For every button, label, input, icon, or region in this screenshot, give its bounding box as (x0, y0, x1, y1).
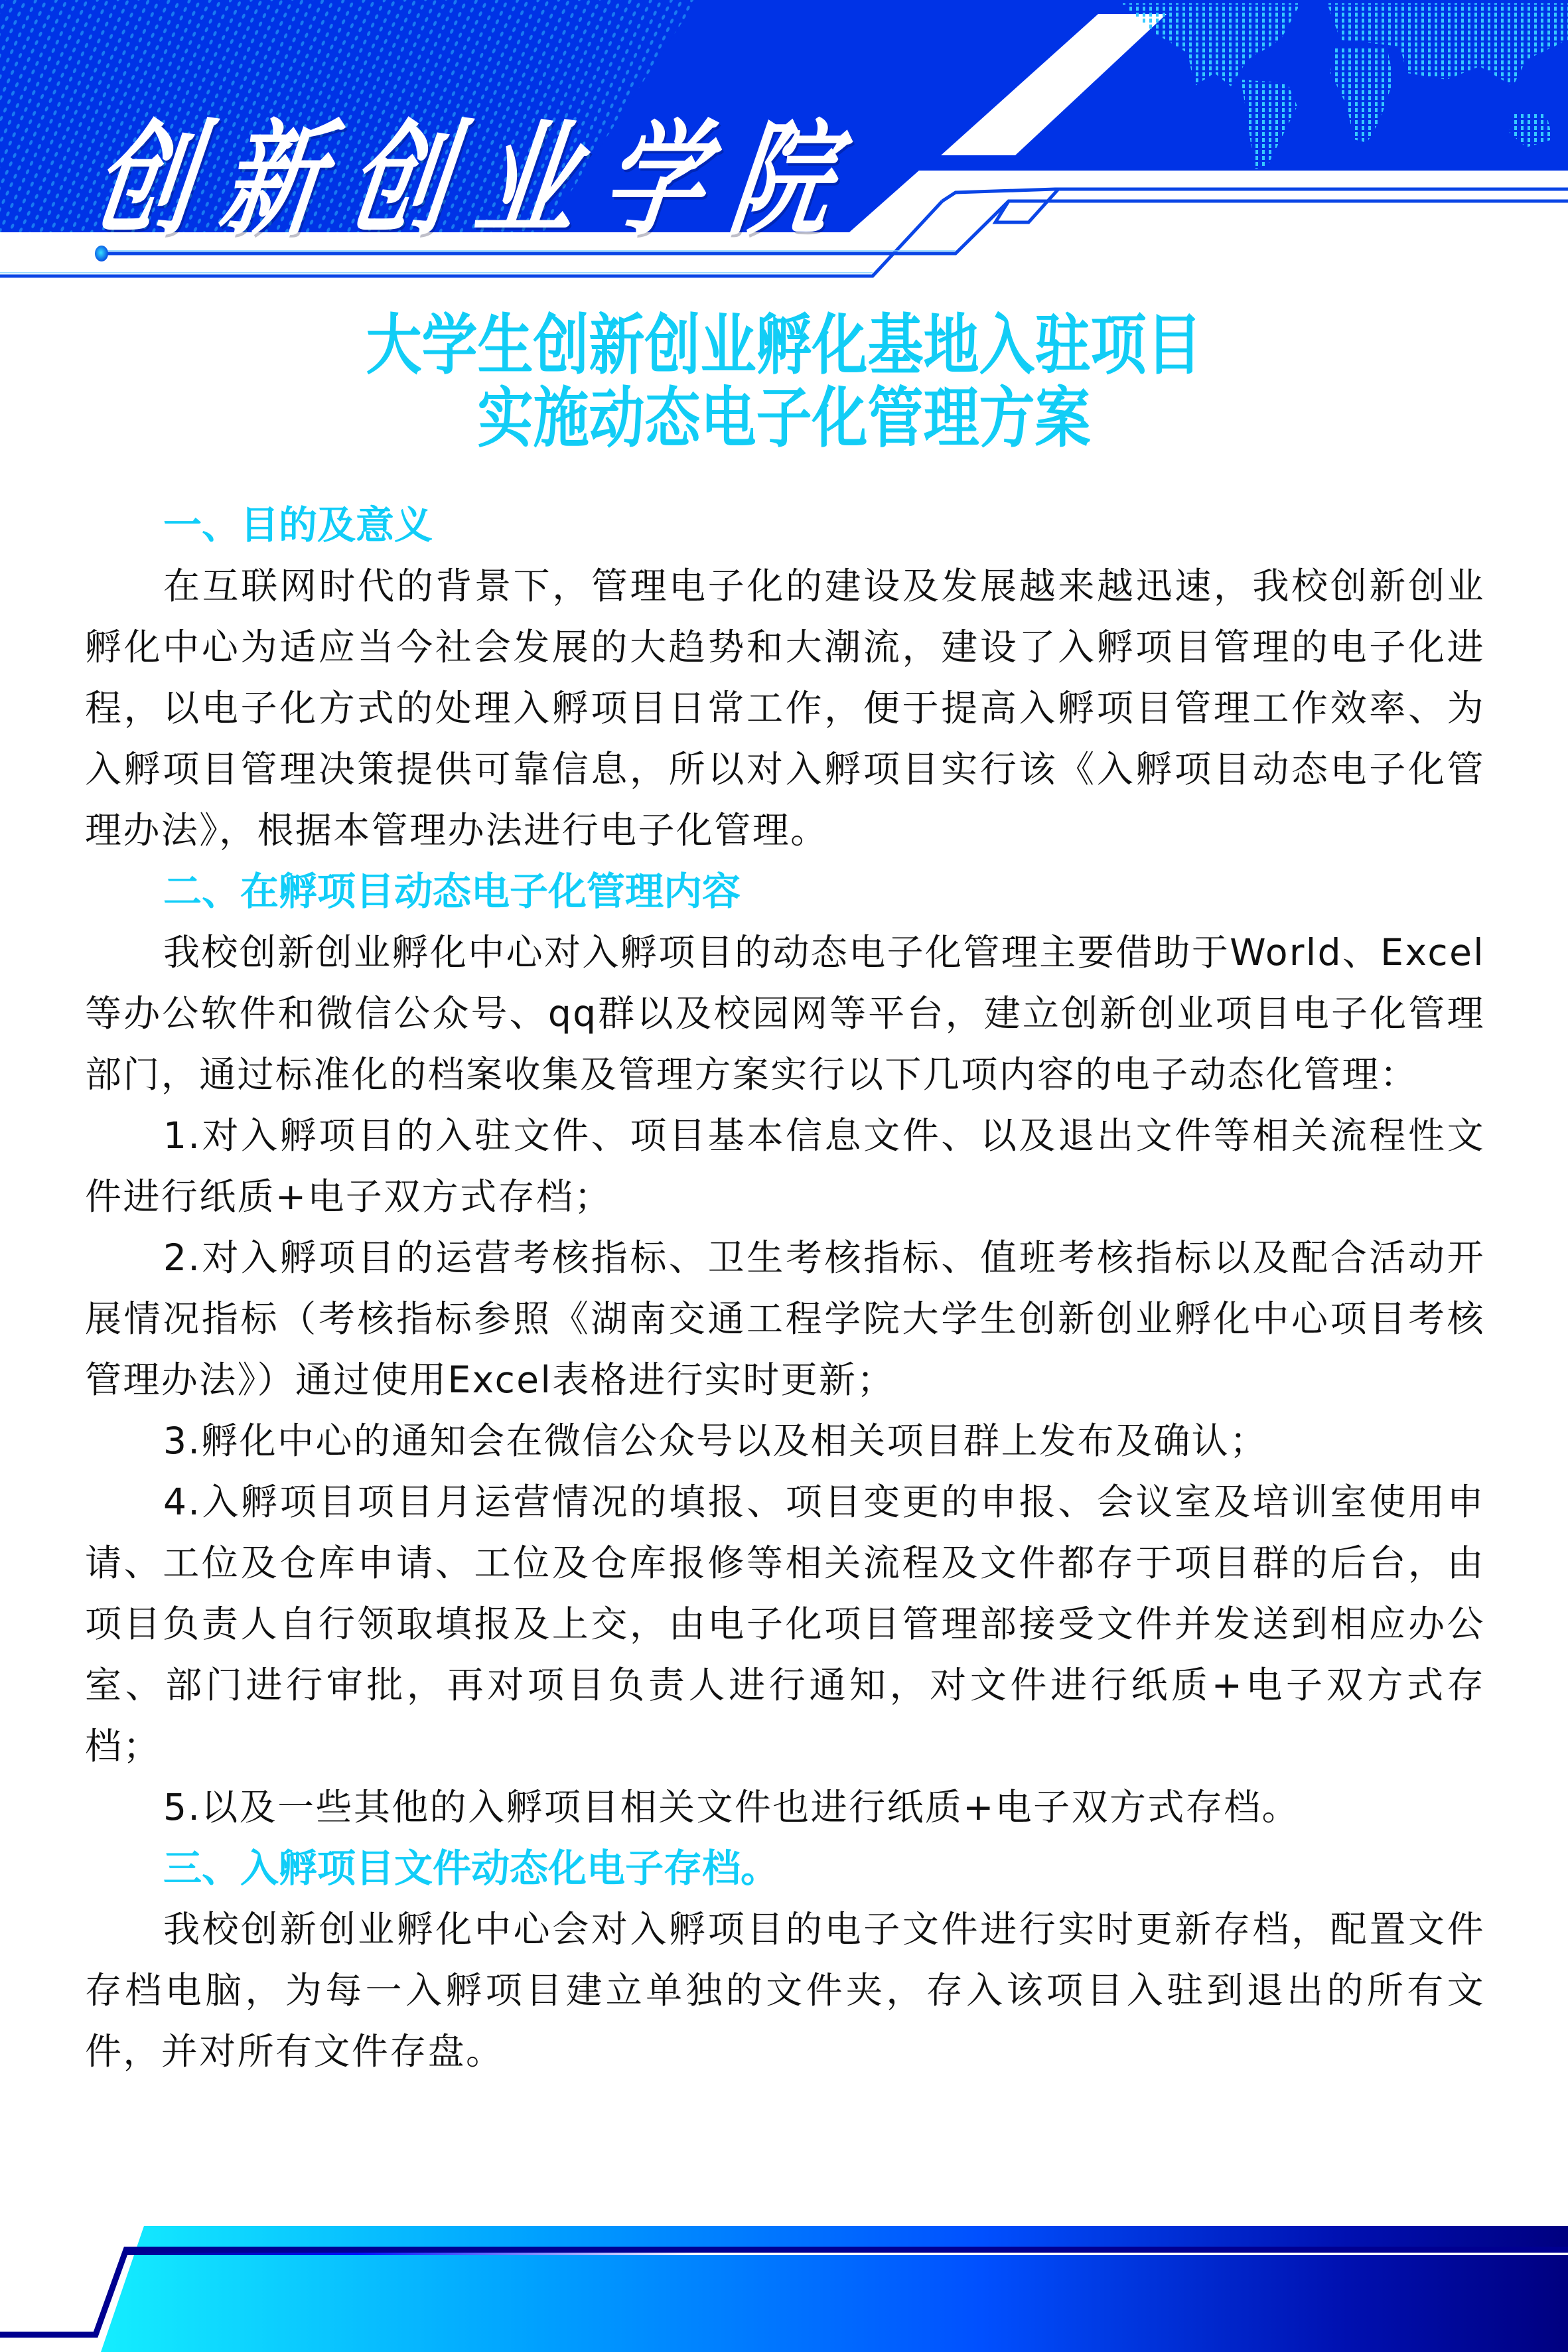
footer-banner (0, 2190, 1568, 2352)
paragraph: 我校创新创业孵化中心对入孵项目的动态电子化管理主要借助于World、Excel等… (85, 922, 1485, 1105)
section-heading: 三、入孵项目文件动态化电子存档。 (85, 1838, 1485, 1899)
document-title: 大学生创新创业孵化基地入驻项目 实施动态电子化管理方案 (0, 309, 1568, 455)
paragraph: 在互联网时代的背景下，管理电子化的建设及发展越来越迅速，我校创新创业孵化中心为适… (85, 555, 1485, 861)
section-purpose: 一、目的及意义 在互联网时代的背景下，管理电子化的建设及发展越来越迅速，我校创新… (85, 494, 1485, 861)
section-heading: 二、在孵项目动态电子化管理内容 (85, 861, 1485, 922)
list-item: 5.以及一些其他的入孵项目相关文件也进行纸质+电子双方式存档。 (85, 1777, 1485, 1838)
title-line-2: 实施动态电子化管理方案 (0, 375, 1568, 461)
section-heading: 一、目的及意义 (85, 494, 1485, 555)
list-item: 1.对入孵项目的入驻文件、项目基本信息文件、以及退出文件等相关流程性文件进行纸质… (85, 1105, 1485, 1227)
section-management-content: 二、在孵项目动态电子化管理内容 我校创新创业孵化中心对入孵项目的动态电子化管理主… (85, 861, 1485, 1838)
document-body: 一、目的及意义 在互联网时代的背景下，管理电子化的建设及发展越来越迅速，我校创新… (85, 494, 1485, 2082)
list-item: 2.对入孵项目的运营考核指标、卫生考核指标、值班考核指标以及配合活动开展情况指标… (85, 1227, 1485, 1410)
list-item: 3.孵化中心的通知会在微信公众号以及相关项目群上发布及确认； (85, 1410, 1485, 1471)
paragraph: 我校创新创业孵化中心会对入孵项目的电子文件进行实时更新存档，配置文件存档电脑，为… (85, 1899, 1485, 2082)
section-electronic-archive: 三、入孵项目文件动态化电子存档。 我校创新创业孵化中心会对入孵项目的电子文件进行… (85, 1838, 1485, 2082)
brand-title: 创新创业学院 (84, 80, 874, 259)
list-item: 4.入孵项目项目月运营情况的填报、项目变更的申报、会议室及培训室使用申请、工位及… (85, 1471, 1485, 1777)
